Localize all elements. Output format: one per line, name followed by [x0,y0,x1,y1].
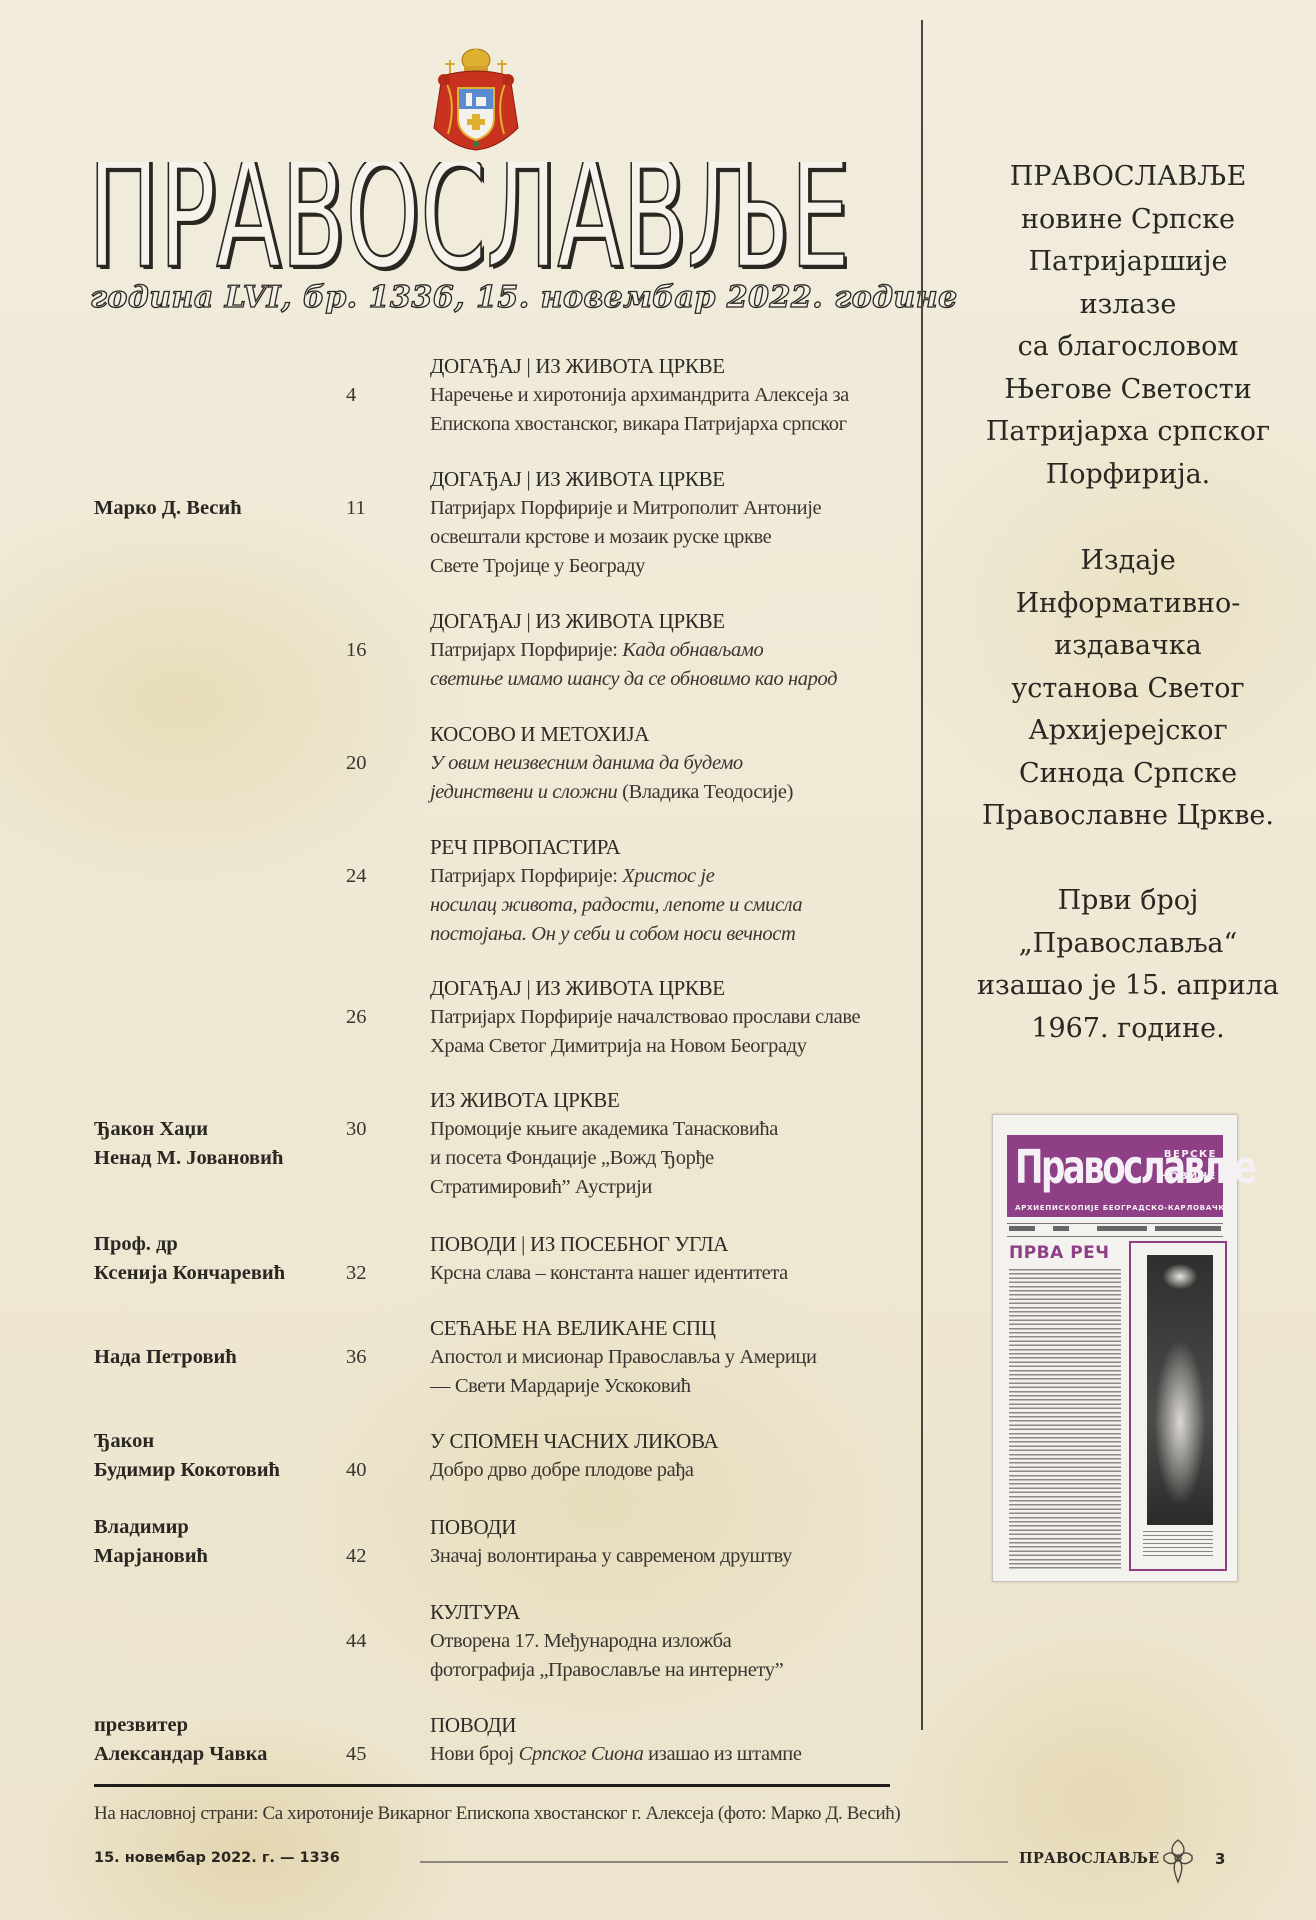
toc-title: Патријарх Порфирије и Митрополит Антониј… [430,494,900,581]
toc-section: У СПОМЕН ЧАСНИХ ЛИКОВА [430,1427,900,1456]
toc-section: ПОВОДИ | ИЗ ПОСЕБНОГ УГЛА [430,1230,900,1259]
svg-text:ПРАВОСЛАВЉЕ: ПРАВОСЛАВЉЕ [88,162,850,282]
toc-section: ПОВОДИ [430,1711,900,1740]
masthead-title: ПРАВОСЛАВЉЕ ПРАВОСЛАВЉЕ [84,162,854,282]
toc-author: Ђакон Хаџи Ненад М. Јовановић [94,1115,344,1173]
first-issue-meta-strip [1007,1223,1223,1237]
toc-author: Владимир Марјановић [94,1513,344,1571]
toc-page-number: 16 [346,636,386,665]
toc-title: Промоције књиге академика Танасковића и … [430,1115,900,1202]
toc-title: Патријарх Порфирије: Христос је носилац … [430,862,900,949]
toc-section: ДОГАЂАЈ | ИЗ ЖИВОТА ЦРКВЕ [430,465,900,494]
publisher-info-block: Издаје Информативно- издавачка установа … [940,540,1316,838]
footer-publication-title: ПРАВОСЛАВЉЕ [1019,1850,1159,1867]
photo-caption [1143,1531,1213,1557]
toc-section: ИЗ ЖИВОТА ЦРКВЕ [430,1086,900,1115]
bottom-rule [94,1784,890,1787]
issue-line: година LVI, бр. 1336, 15. новембар 2022.… [90,280,850,315]
toc-section: ДОГАЂАЈ | ИЗ ЖИВОТА ЦРКВЕ [430,607,900,636]
cover-caption: На насловној страни: Са хиротоније Викар… [94,1803,900,1825]
toc-author: Марко Д. Весић [94,494,344,523]
first-issue-front-page-image: Православље ВЕРСКЕ НОВИНЕ АРХИЕПИСКОПИЈЕ… [992,1114,1238,1582]
first-issue-subtitle: ВЕРСКЕ [1164,1149,1217,1160]
toc-page-number: 32 [346,1259,386,1288]
toc-page-number: 44 [346,1627,386,1656]
toc-title: Патријарх Порфирије: Када обнављамо свет… [430,636,900,694]
first-issue-info-block: Први број „Православља“ изашао је 15. ап… [940,880,1316,1050]
toc-title: Наречење и хиротонија архимандрита Алекс… [430,381,900,439]
first-issue-subtitle: НОВИНЕ [1160,1171,1217,1182]
first-issue-photo-frame [1129,1241,1227,1571]
first-issue-body-text [1009,1269,1121,1569]
toc-page-number: 30 [346,1115,386,1144]
toc-author: презвитер Александар Чавка [94,1711,344,1769]
toc-section: СЕЋАЊЕ НА ВЕЛИКАНЕ СПЦ [430,1314,900,1343]
footer-date-issue: 15. новембар 2022. г. — 1336 [94,1850,340,1866]
ornament-icon [1162,1838,1194,1884]
toc-title: Отворена 17. Међународна изложба фотогра… [430,1627,900,1685]
toc-section: ДОГАЂАЈ | ИЗ ЖИВОТА ЦРКВЕ [430,352,900,381]
toc-title: Значај волонтирања у савременом друштву [430,1542,900,1571]
toc-page-number: 11 [346,494,386,523]
first-issue-archdiocese: АРХИЕПИСКОПИЈЕ БЕОГРАДСКО-КАРЛОВАЧКЕ [1015,1203,1230,1212]
column-divider [921,20,923,1730]
page-number: 3 [1215,1850,1225,1868]
toc-page-number: 24 [346,862,386,891]
toc-title: У овим неизвесним данима да будемо једин… [430,749,900,807]
toc-section: КОСОВО И МЕТОХИЈА [430,720,900,749]
toc-section: ПОВОДИ [430,1513,900,1542]
toc-section: РЕЧ ПРВОПАСТИРА [430,833,900,862]
toc-page-number: 20 [346,749,386,778]
toc-author: Ђакон Будимир Кокотовић [94,1427,344,1485]
footer-rule [420,1861,1008,1863]
publication-info-block: ПРАВОСЛАВЉЕ новине Српске Патријаршије и… [940,156,1316,496]
toc-page-number: 36 [346,1343,386,1372]
toc-page-number: 26 [346,1003,386,1032]
toc-page-number: 4 [346,381,386,410]
toc-title: Добро дрво добре плодове рађа [430,1456,900,1485]
toc-author: Нада Петровић [94,1343,344,1372]
toc-author: Проф. др Ксенија Кончаревић [94,1230,344,1288]
toc-title: Апостол и мисионар Православља у Америци… [430,1343,900,1401]
toc-section: КУЛТУРА [430,1598,900,1627]
toc-page-number: 40 [346,1456,386,1485]
toc-title: Нови број Српског Сиона изашао из штампе [430,1740,900,1769]
toc-title: Крсна слава – константа нашег идентитета [430,1259,900,1288]
toc-section: ДОГАЂАЈ | ИЗ ЖИВОТА ЦРКВЕ [430,974,900,1003]
toc-page-number: 42 [346,1542,386,1571]
first-issue-headline: ПРВА РЕЧ [1009,1243,1110,1263]
coat-of-arms-emblem [428,48,524,152]
patriarch-photo [1147,1255,1213,1525]
toc-page-number: 45 [346,1740,386,1769]
first-issue-title: Православље [1015,1141,1254,1195]
toc-title: Патријарх Порфирије началствовао прослав… [430,1003,900,1061]
first-issue-banner: Православље ВЕРСКЕ НОВИНЕ АРХИЕПИСКОПИЈЕ… [1007,1135,1223,1217]
